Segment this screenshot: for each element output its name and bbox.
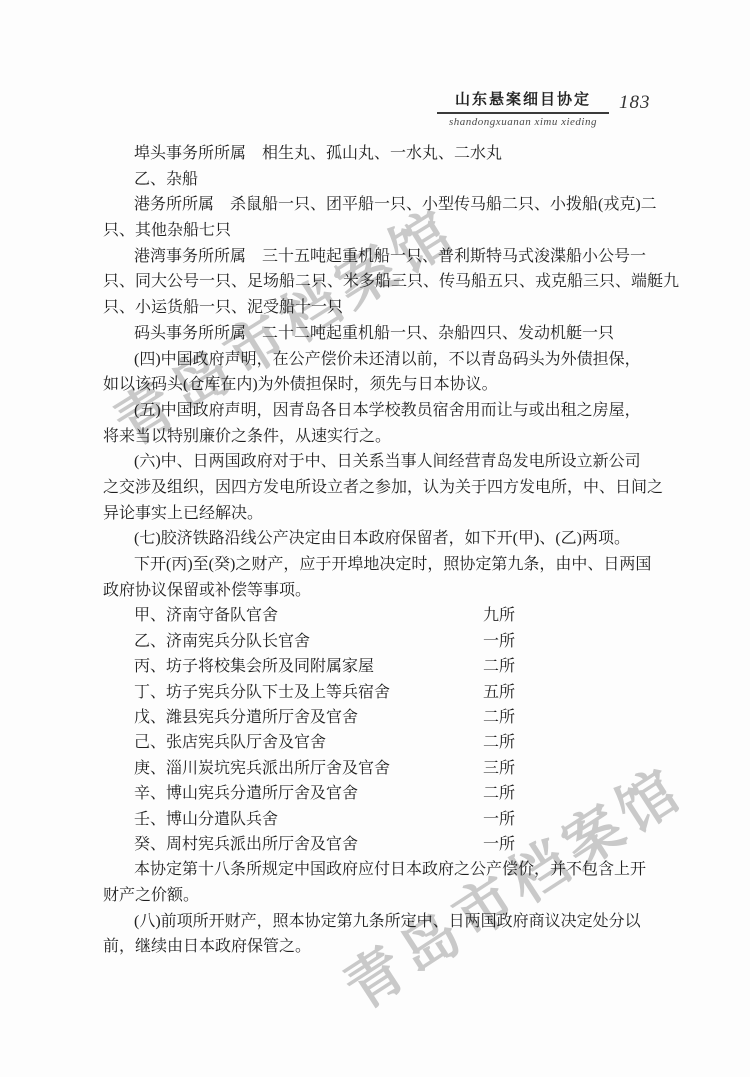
property-label: 甲、济南守备队官舍 (134, 607, 278, 624)
property-label: 壬、博山分遣队兵舍 (134, 811, 278, 828)
property-label: 辛、博山宪兵分遣所厅舍及官舍 (134, 785, 358, 802)
page-number: 183 (619, 92, 651, 114)
text-line: (七)胶济铁路沿线公产决定由日本政府保留者，如下开(甲)、(乙)两项。 (103, 526, 663, 552)
property-label: 己、张店宪兵队厅舍及官舍 (134, 734, 326, 751)
document-title: 山东悬案细目协定 (437, 88, 609, 109)
text-line: 之交涉及组织，因四方发电所设立者之参加，认为关于四方发电所，中、日间之 (103, 475, 663, 501)
property-list-row: 己、张店宪兵队厅舍及官舍二所 (103, 730, 663, 755)
property-list-row: 庚、淄川炭坑宪兵派出所厅舍及官舍三所 (103, 756, 663, 781)
text-line: 将来当以特别廉价之条件，从速实行之。 (103, 424, 663, 450)
text-line: 只、同大公号一只、足场船二只、米多船三只、传马船五只、戎克船三只、端艇九 (103, 269, 663, 295)
property-list-row: 丁、坊子宪兵分队下士及上等兵宿舍五所 (103, 680, 663, 705)
property-list-row: 乙、济南宪兵分队长官舍一所 (103, 629, 663, 654)
header-rule (437, 112, 609, 114)
property-count: 一所 (483, 629, 515, 654)
text-line: 如以该码头(仓库在内)为外债担保时，须先与日本协议。 (103, 372, 663, 398)
text-line: (八)前项所开财产，照本协定第九条所定中、日两国政府商议决定处分以 (103, 909, 663, 935)
property-count: 三所 (483, 756, 515, 781)
property-list-row: 癸、周村宪兵派出所厅舍及官舍一所 (103, 832, 663, 857)
property-count: 二所 (483, 730, 515, 755)
property-count: 五所 (483, 680, 515, 705)
property-label: 戊、潍县宪兵分遣所厅舍及官舍 (134, 709, 358, 726)
text-line: 乙、杂船 (103, 167, 663, 193)
property-count: 二所 (483, 705, 515, 730)
text-line: 异论事实上已经解决。 (103, 501, 663, 527)
text-line: 财产之价额。 (103, 883, 663, 909)
text-line: 码头事务所所属 二十二吨起重机船一只、杂船四只、发动机艇一只 (103, 321, 663, 347)
page-header: 山东悬案细目协定 shandongxuanan ximu xieding 183 (0, 0, 750, 140)
property-list: 甲、济南守备队官舍九所乙、济南宪兵分队长官舍一所丙、坊子将校集会所及同附属家屋二… (103, 603, 663, 857)
text-line: 政府协议保留或补偿等事项。 (103, 578, 663, 604)
text-line: 只、小运货船一只、泥受船十一只 (103, 295, 663, 321)
property-count: 二所 (483, 654, 515, 679)
property-label: 丙、坊子将校集会所及同附属家屋 (134, 658, 374, 675)
property-list-row: 丙、坊子将校集会所及同附属家屋二所 (103, 654, 663, 679)
property-list-row: 甲、济南守备队官舍九所 (103, 603, 663, 628)
title-pinyin: shandongxuanan ximu xieding (437, 116, 609, 128)
property-label: 庚、淄川炭坑宪兵派出所厅舍及官舍 (134, 760, 390, 777)
text-line: 埠头事务所所属 相生丸、孤山丸、一水丸、二水丸 (103, 141, 663, 167)
text-line: 港湾事务所所属 三十五吨起重机船一只、普利斯特马式浚渫船小公号一 (103, 244, 663, 270)
document-body: 埠头事务所所属 相生丸、孤山丸、一水丸、二水丸乙、杂船港务所所属 杀鼠船一只、团… (103, 141, 663, 960)
property-list-row: 辛、博山宪兵分遣所厅舍及官舍二所 (103, 781, 663, 806)
property-label: 癸、周村宪兵派出所厅舍及官舍 (134, 836, 358, 853)
text-line: 只、其他杂船七只 (103, 218, 663, 244)
property-label: 乙、济南宪兵分队长官舍 (134, 633, 310, 650)
property-label: 丁、坊子宪兵分队下士及上等兵宿舍 (134, 684, 390, 701)
text-line: (四)中国政府声明，在公产偿价未还清以前，不以青岛码头为外债担保， (103, 347, 663, 373)
property-list-row: 戊、潍县宪兵分遣所厅舍及官舍二所 (103, 705, 663, 730)
body-lines-top: 埠头事务所所属 相生丸、孤山丸、一水丸、二水丸乙、杂船港务所所属 杀鼠船一只、团… (103, 141, 663, 603)
document-page: 青岛市档案馆 青岛市档案馆 山东悬案细目协定 shandongxuanan xi… (0, 0, 750, 1077)
text-line: 前，继续由日本政府保管之。 (103, 934, 663, 960)
property-count: 九所 (483, 603, 515, 628)
property-count: 一所 (483, 832, 515, 857)
title-block: 山东悬案细目协定 shandongxuanan ximu xieding (437, 88, 609, 128)
text-line: 下开(丙)至(癸)之财产，应于开埠地决定时，照协定第九条，由中、日两国 (103, 552, 663, 578)
property-list-row: 壬、博山分遣队兵舍一所 (103, 807, 663, 832)
property-count: 二所 (483, 781, 515, 806)
text-line: 港务所所属 杀鼠船一只、团平船一只、小型传马船二只、小拨船(戎克)二 (103, 192, 663, 218)
text-line: (六)中、日两国政府对于中、日关系当事人间经营青岛发电所设立新公司 (103, 449, 663, 475)
property-count: 一所 (483, 807, 515, 832)
text-line: (五)中国政府声明，因青岛各日本学校教员宿舍用而让与或出租之房屋， (103, 398, 663, 424)
body-lines-bottom: 本协定第十八条所规定中国政府应付日本政府之公产偿价，并不包含上开财产之价额。(八… (103, 857, 663, 960)
text-line: 本协定第十八条所规定中国政府应付日本政府之公产偿价，并不包含上开 (103, 857, 663, 883)
